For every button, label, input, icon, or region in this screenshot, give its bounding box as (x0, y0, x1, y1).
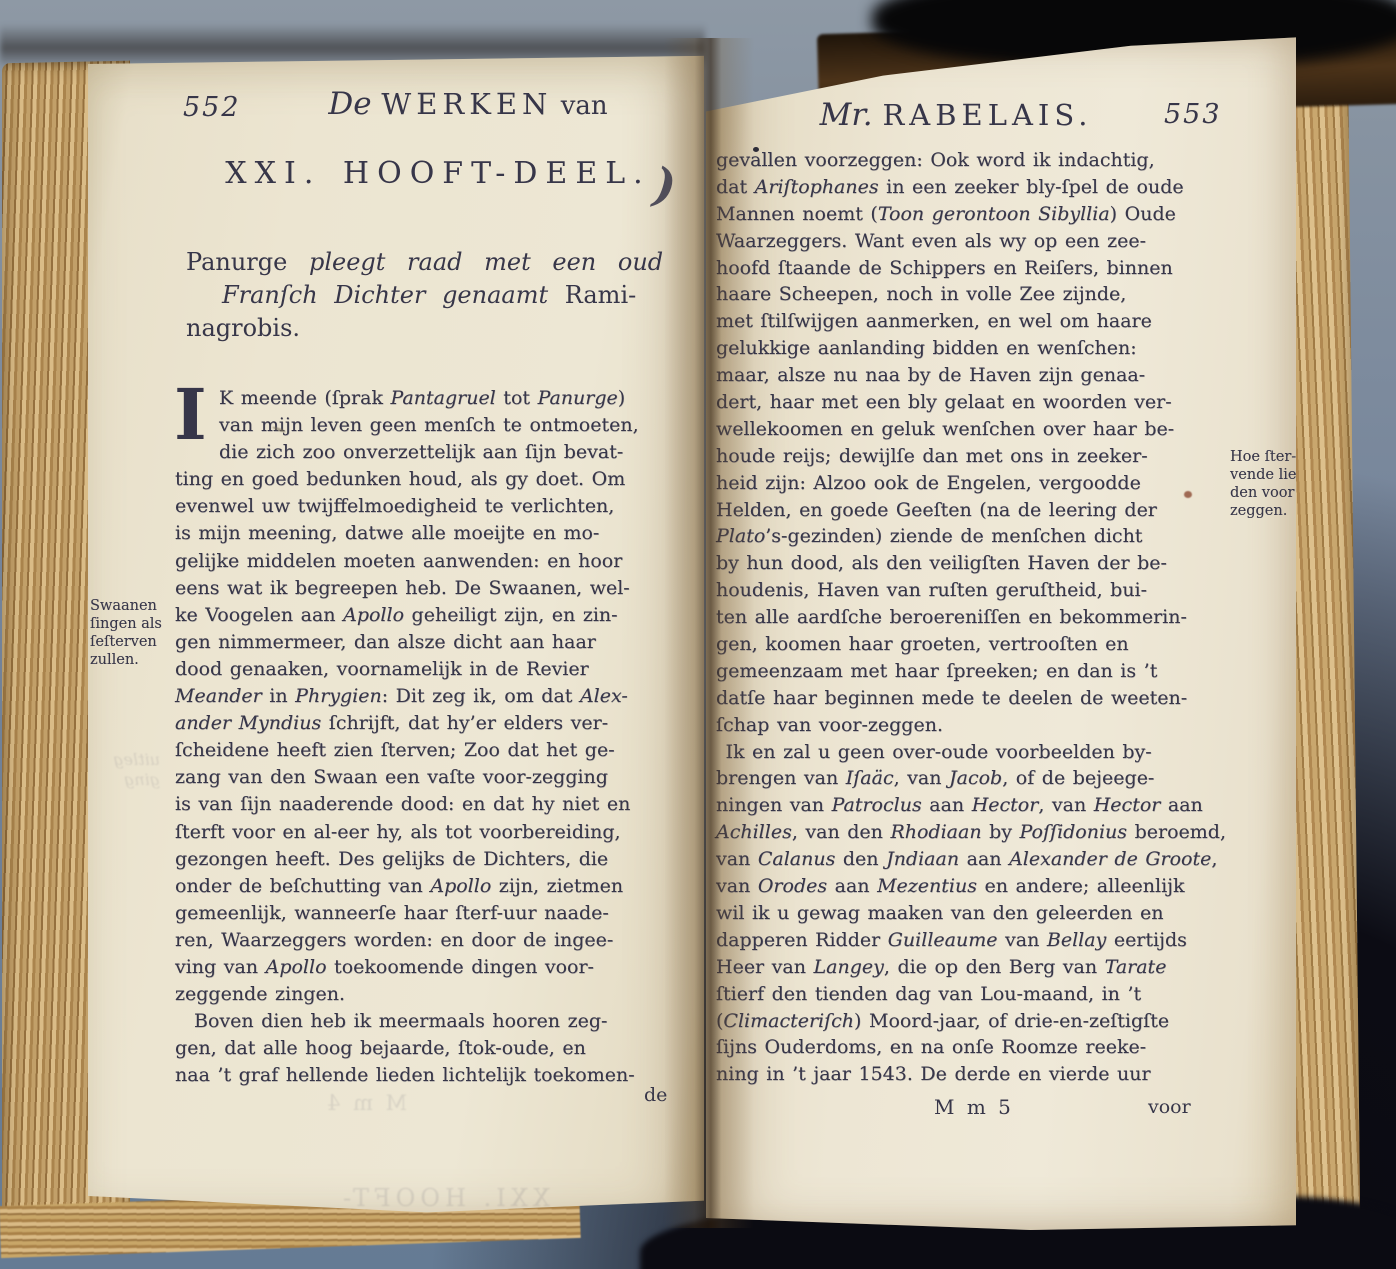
gathering-signature: M m 5 (934, 1095, 1014, 1119)
right-page-number: 553 (1164, 99, 1222, 130)
right-page: Mr. RABELAIS. 553 gevallen voorzeggen: O… (706, 35, 1296, 1230)
book-photo-scene: 552 De WERKEN van XXI. HOOFT-DEEL. ) Pan… (0, 0, 1396, 1269)
ink-speck (753, 147, 759, 152)
right-page-text: gevallen voorzeggen: Ook word ik indacht… (716, 147, 1230, 1088)
left-running-header: De WERKEN van (266, 86, 670, 122)
left-page-number: 552 (183, 92, 241, 123)
left-page-text: K meende (ſprak Pantagruel tot Panurge)v… (175, 385, 699, 1089)
book-photograph: { "meta": { "description": "Photograph o… (0, 0, 1396, 1269)
left-margin-note: Swaanenſingen alsſeſtervenzullen. (90, 597, 176, 669)
right-catchword: voor (1148, 1096, 1191, 1118)
bleedthrough-signature: M m 4 (324, 1091, 407, 1115)
left-page: 552 De WERKEN van XXI. HOOFT-DEEL. ) Pan… (88, 50, 704, 1217)
bleedthrough-heading: XXI. HOOFT- (338, 1184, 550, 1212)
bleedthrough-margin-note: uitleg ging (90, 750, 160, 790)
left-catchword: de (644, 1084, 667, 1106)
right-running-header: Mr. RABELAIS. (766, 97, 1146, 133)
chapter-subtitle: Panurge pleegt raad met een oudFranſch D… (186, 246, 786, 345)
ink-curl-mark: ) (651, 157, 678, 213)
rust-stain (1184, 491, 1192, 498)
